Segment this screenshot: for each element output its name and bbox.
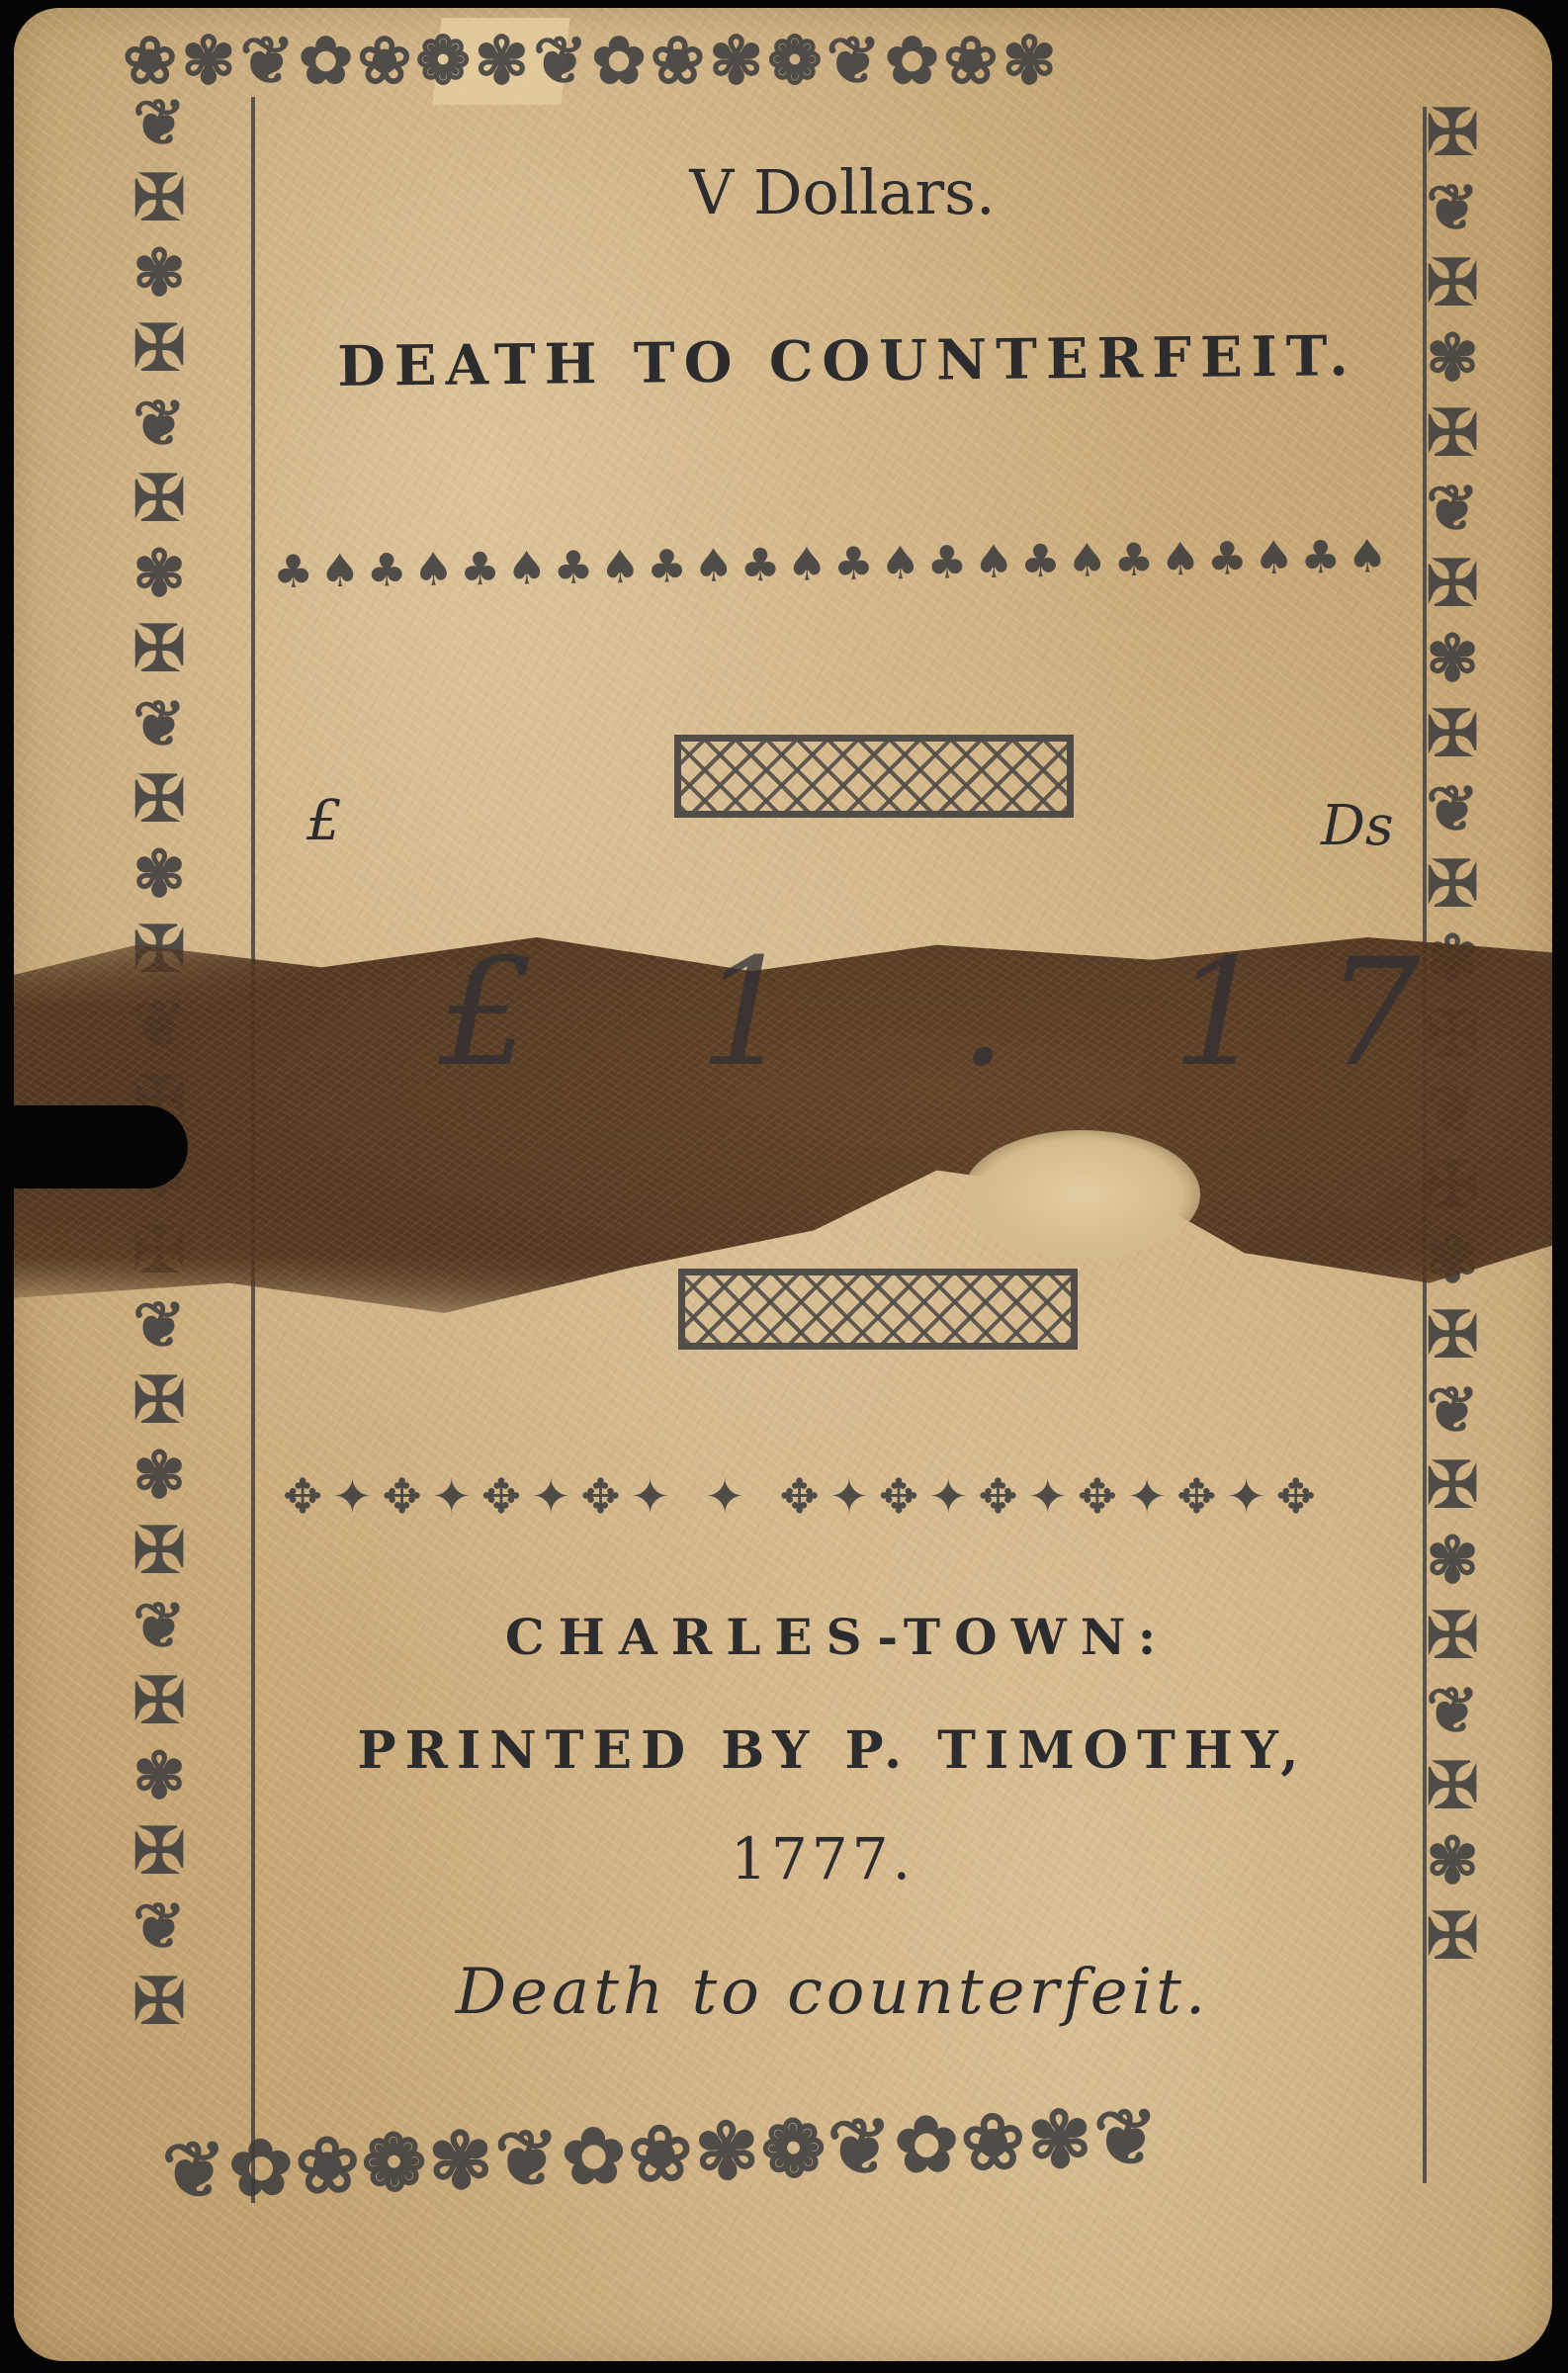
- year-text: 1777.: [14, 1825, 1552, 1892]
- printer-text: PRINTED BY P. TIMOTHY,: [14, 1720, 1552, 1781]
- lattice-ornament-lower: [678, 1269, 1078, 1350]
- top-ornamental-border: ❀✾❦✿❀❁✾❦✿❀✾❁❦✿❀✾: [123, 22, 1507, 101]
- edge-notch-damage: [0, 1105, 188, 1188]
- pence-label: Ds: [1321, 794, 1394, 858]
- worn-light-patch: [963, 1130, 1200, 1259]
- denomination-text: V Dollars.: [14, 156, 1552, 228]
- lattice-ornament-upper: [674, 735, 1074, 818]
- photo-stage: ❀✾❦✿❀❁✾❦✿❀✾❁❦✿❀✾ ❦✠✾✠❦✠✾✠❦✠✾✠❦✠✾✠❦✠✾✠❦✠✾…: [0, 0, 1568, 2373]
- bottom-ornamental-border: ❦✿❀❁✾❦✿❀✾❁❦✿❀✾❦: [160, 2081, 1458, 2236]
- pound-label: £: [306, 789, 342, 853]
- top-ornament-row: ♣♠♣♠♣♠♣♠♣♠♣♠♣♠♣♠♣♠♣♠♣♠♣♠: [273, 529, 1421, 604]
- banknote: ❀✾❦✿❀❁✾❦✿❀✾❁❦✿❀✾ ❦✠✾✠❦✠✾✠❦✠✾✠❦✠✾✠❦✠✾✠❦✠✾…: [14, 8, 1552, 2361]
- city-text: CHARLES-TOWN:: [14, 1608, 1552, 1666]
- middle-ornament-row: ✥✦✥✦✥✦✥✦ ✦ ✥✦✥✦✥✦✥✦✥✦✥: [283, 1469, 1449, 1548]
- obscured-amount: £ 1 . 17 . 6: [439, 927, 1329, 1105]
- warning-bottom-text: Death to counterfeit.: [14, 1956, 1552, 2029]
